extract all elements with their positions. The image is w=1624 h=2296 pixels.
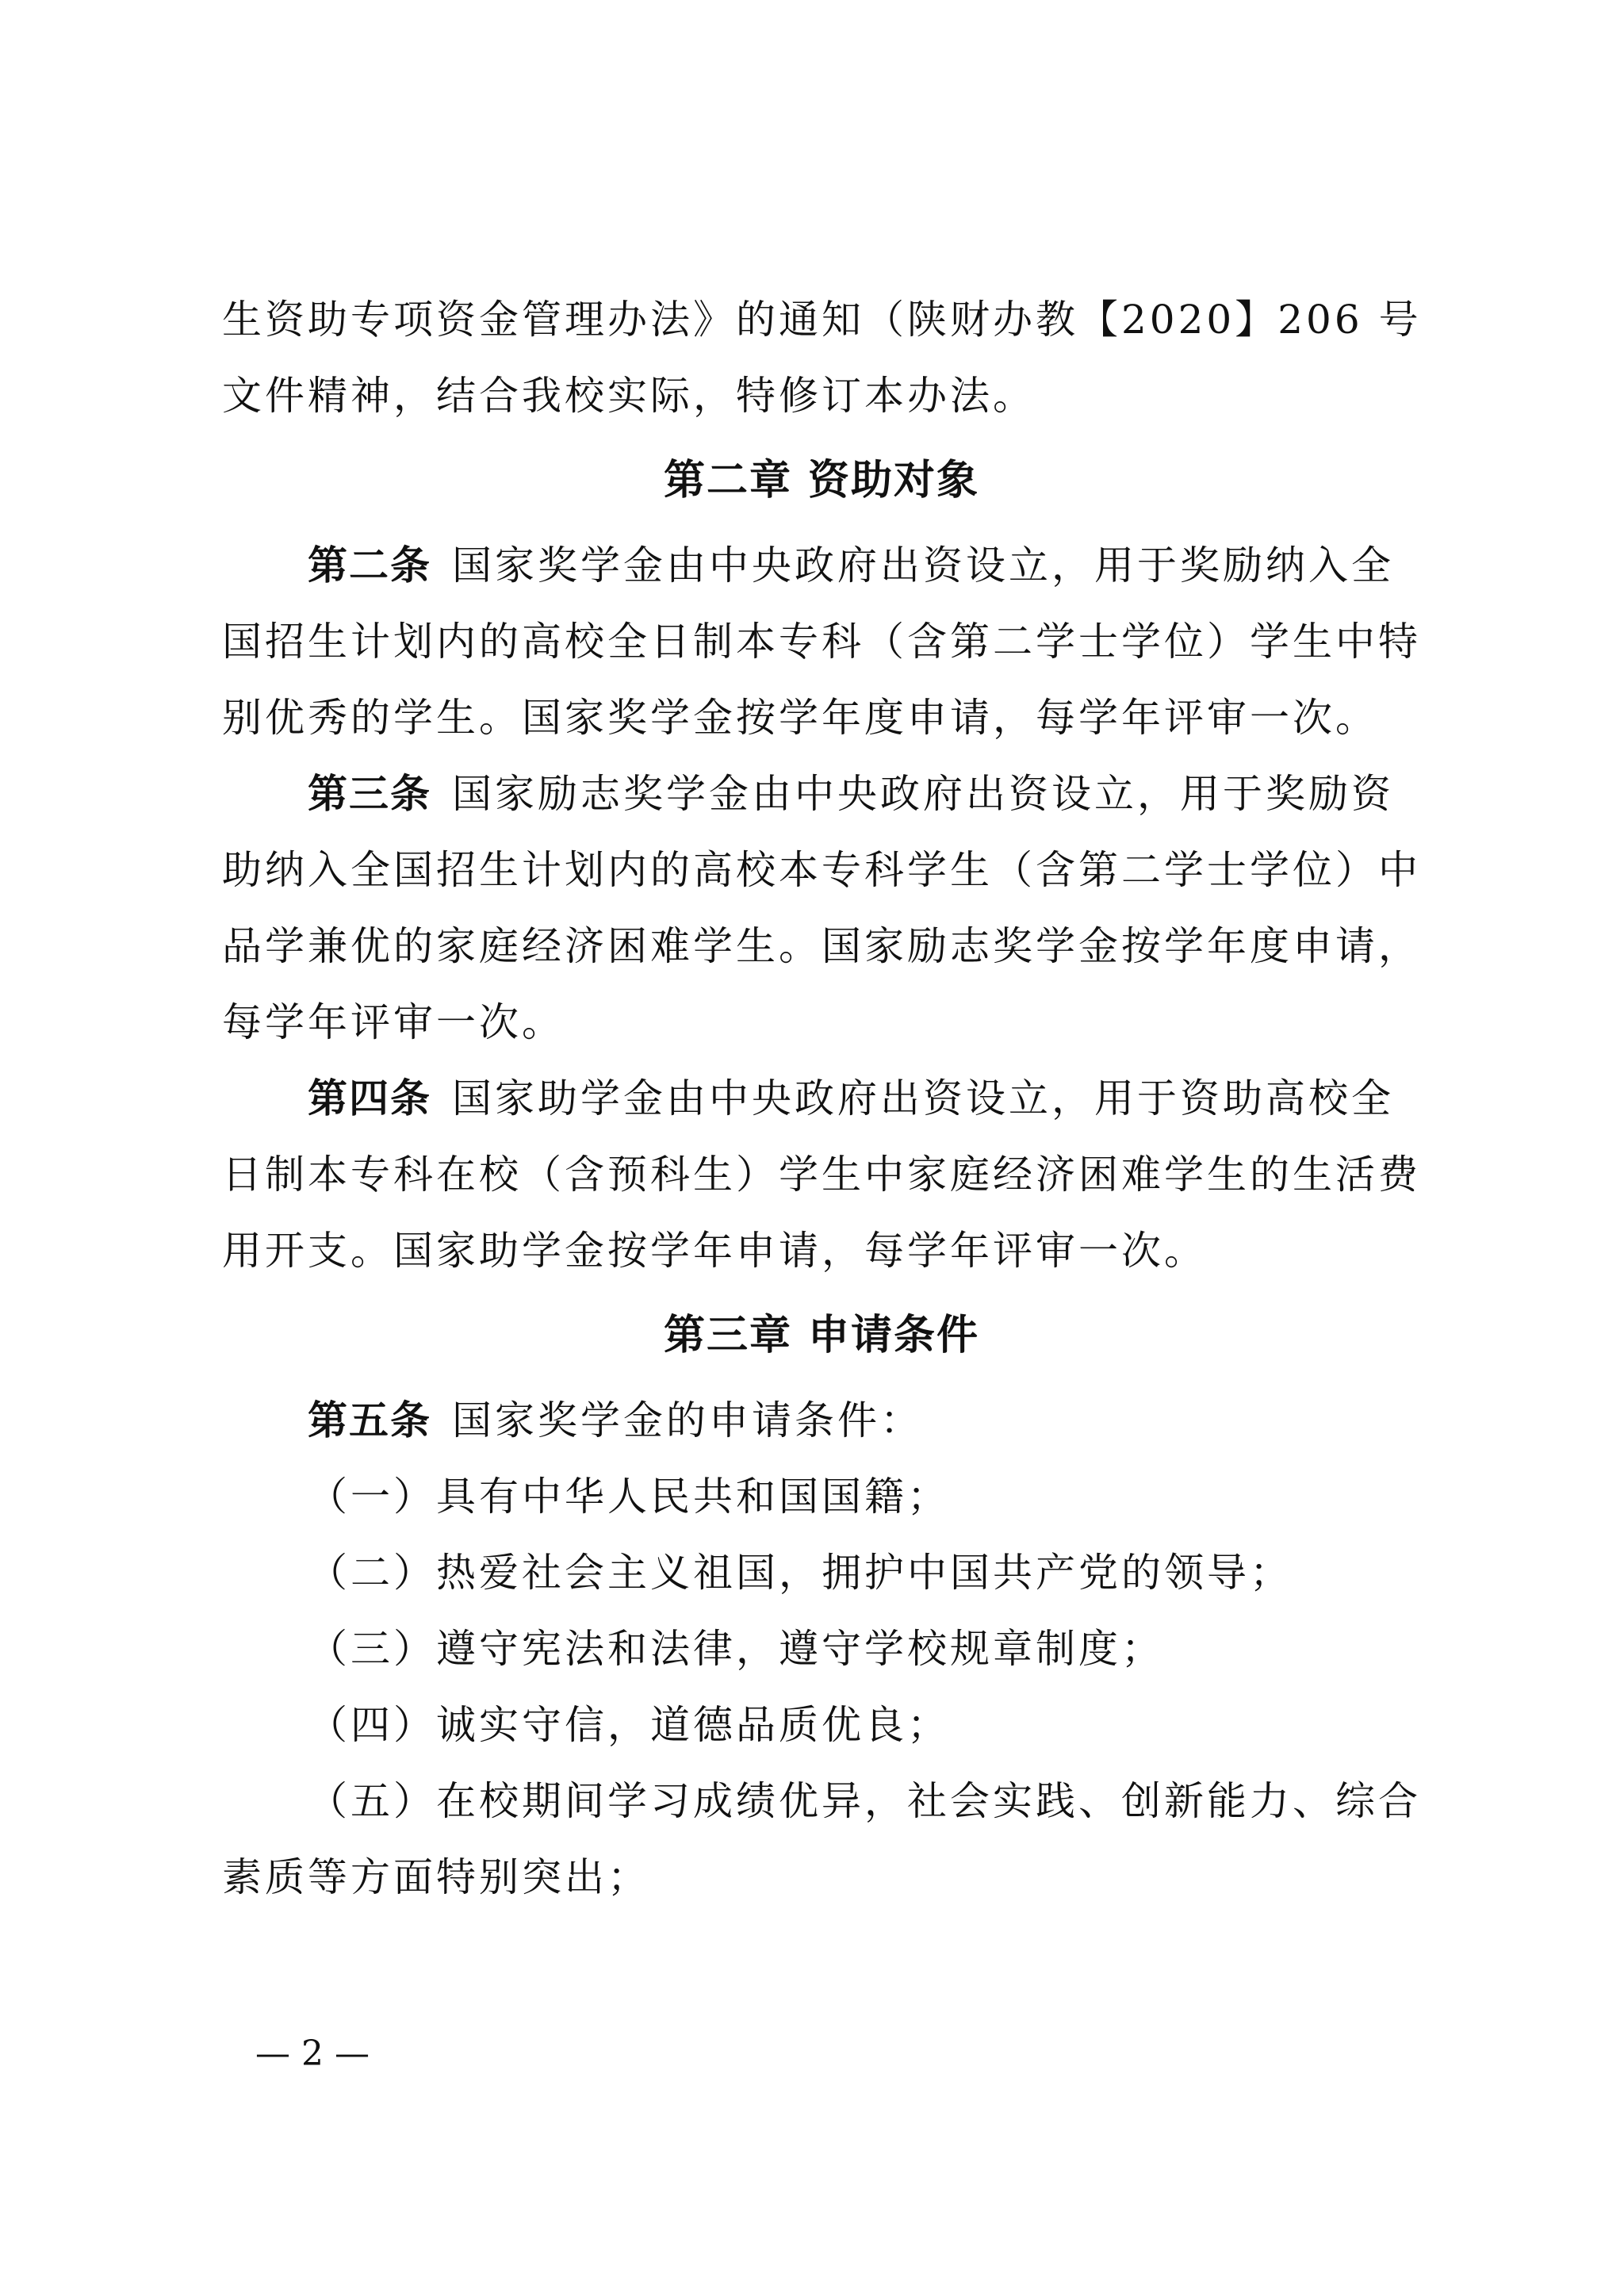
article-line: 国招生计划内的高校全日制本专科（含第二学士学位）学生中特: [222, 604, 1421, 680]
article-line: 别优秀的学生。国家奖学金按学年度申请，每学年评审一次。: [222, 680, 1421, 756]
article-text: 国家励志奖学金由中央政府出资设立，用于奖励资: [452, 771, 1394, 817]
condition-item: （一）具有中华人民共和国国籍；: [222, 1458, 1421, 1535]
article-text: 国家奖学金由中央政府出资设立，用于奖励纳入全: [452, 542, 1394, 588]
condition-item: （二）热爱社会主义祖国，拥护中国共产党的领导；: [222, 1535, 1421, 1611]
article-text: 国家奖学金的申请条件：: [452, 1397, 923, 1443]
article-line: 助纳入全国招生计划内的高校本专科学生（含第二学士学位）中: [222, 832, 1421, 908]
condition-item-continuation: 素质等方面特别突出；: [222, 1839, 1421, 1915]
condition-item: （四）诚实守信，道德品质优良；: [222, 1687, 1421, 1763]
article-line: 每学年评审一次。: [222, 984, 1421, 1060]
article-first-line: 第四条国家助学金由中央政府出资设立，用于资助高校全: [222, 1060, 1421, 1137]
article-line: 用开支。国家助学金按学年申请，每学年评审一次。: [222, 1213, 1421, 1289]
intro-line: 生资助专项资金管理办法》的通知（陕财办教【2020】206 号）: [222, 282, 1421, 358]
article-first-line: 第三条国家励志奖学金由中央政府出资设立，用于奖励资: [222, 756, 1421, 832]
document-page: 生资助专项资金管理办法》的通知（陕财办教【2020】206 号） 文件精神，结合…: [0, 0, 1624, 2296]
article-first-line: 第五条国家奖学金的申请条件：: [222, 1382, 1421, 1458]
article-line: 品学兼优的家庭经济困难学生。国家励志奖学金按学年度申请，: [222, 908, 1421, 984]
chapter-heading: 第二章 资助对象: [222, 434, 1421, 527]
chapter-heading: 第三章 申请条件: [222, 1289, 1421, 1382]
article-label: 第二条: [308, 542, 431, 588]
article-first-line: 第二条国家奖学金由中央政府出资设立，用于奖励纳入全: [222, 527, 1421, 604]
article-label: 第四条: [308, 1075, 431, 1121]
article-label: 第五条: [308, 1397, 431, 1443]
page-number: — 2 —: [255, 2030, 370, 2078]
article-text: 国家助学金由中央政府出资设立，用于资助高校全: [452, 1075, 1394, 1121]
condition-item: （五）在校期间学习成绩优异，社会实践、创新能力、综合: [222, 1763, 1421, 1839]
article-line: 日制本专科在校（含预科生）学生中家庭经济困难学生的生活费: [222, 1137, 1421, 1213]
document-body: 生资助专项资金管理办法》的通知（陕财办教【2020】206 号） 文件精神，结合…: [222, 282, 1421, 1915]
condition-item: （三）遵守宪法和法律，遵守学校规章制度；: [222, 1611, 1421, 1687]
article-label: 第三条: [308, 771, 431, 817]
intro-line: 文件精神，结合我校实际，特修订本办法。: [222, 358, 1421, 434]
